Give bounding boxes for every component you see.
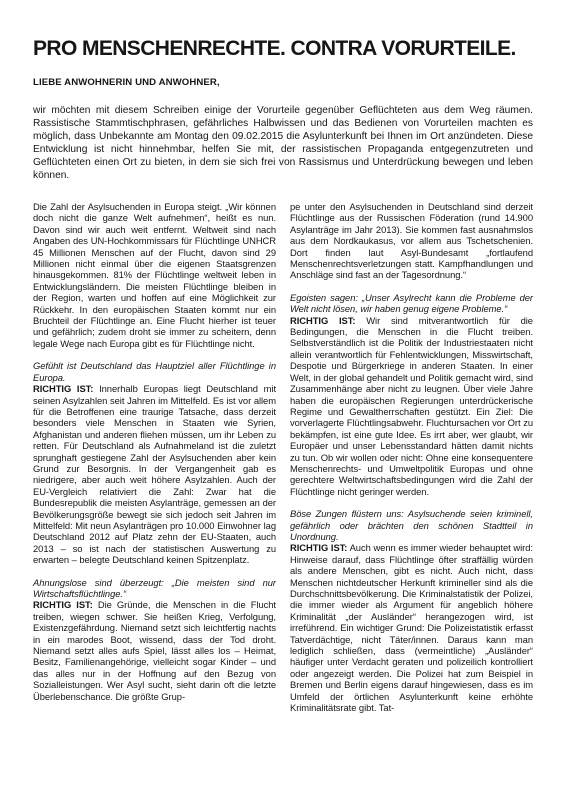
answer-text: Auch wenn es immer wieder behauptet wird…: [290, 542, 533, 713]
answer-paragraph: RICHTIG IST: Die Gründe, die Menschen in…: [33, 599, 276, 702]
right-column: pe unter den Asylsuchenden in Deutschlan…: [290, 201, 533, 713]
paragraph: Die Zahl der Asylsuchenden in Europa ste…: [33, 201, 276, 349]
paragraph: pe unter den Asylsuchenden in Deutschlan…: [290, 201, 533, 281]
claim-heading: Ahnungslose sind überzeugt: „Die meisten…: [33, 577, 276, 600]
answer-label: RICHTIG IST:: [290, 315, 355, 326]
answer-text: Wir sind mitverantwortlich für die Bedin…: [290, 315, 533, 497]
page-title: PRO MENSCHENRECHTE. CONTRA VORURTEILE.: [33, 37, 533, 60]
answer-paragraph: RICHTIG IST: Auch wenn es immer wieder b…: [290, 542, 533, 713]
answer-text: Die Gründe, die Menschen in die Flucht t…: [33, 599, 276, 701]
answer-paragraph: RICHTIG IST: Wir sind mitverantwortlich …: [290, 315, 533, 498]
two-column-body: Die Zahl der Asylsuchenden in Europa ste…: [33, 201, 533, 713]
claim-heading: Gefühlt ist Deutschland das Hauptziel al…: [33, 360, 276, 383]
answer-paragraph: RICHTIG IST: Innerhalb Europas liegt Deu…: [33, 383, 276, 566]
answer-label: RICHTIG IST:: [33, 599, 93, 610]
answer-label: RICHTIG IST:: [290, 542, 347, 553]
intro-paragraph: wir möchten mit diesem Schreiben einige …: [33, 104, 533, 182]
flyer-page: PRO MENSCHENRECHTE. CONTRA VORURTEILE. L…: [0, 0, 566, 800]
answer-text: Innerhalb Europas liegt Deutschland mit …: [33, 383, 276, 565]
claim-heading: Böse Zungen flüstern uns: Asylsuchende s…: [290, 508, 533, 542]
claim-heading: Egoisten sagen: „Unser Asylrecht kann di…: [290, 292, 533, 315]
answer-label: RICHTIG IST:: [33, 383, 93, 394]
left-column: Die Zahl der Asylsuchenden in Europa ste…: [33, 201, 276, 713]
salutation: LIEBE ANWOHNERIN UND ANWOHNER,: [33, 77, 533, 88]
